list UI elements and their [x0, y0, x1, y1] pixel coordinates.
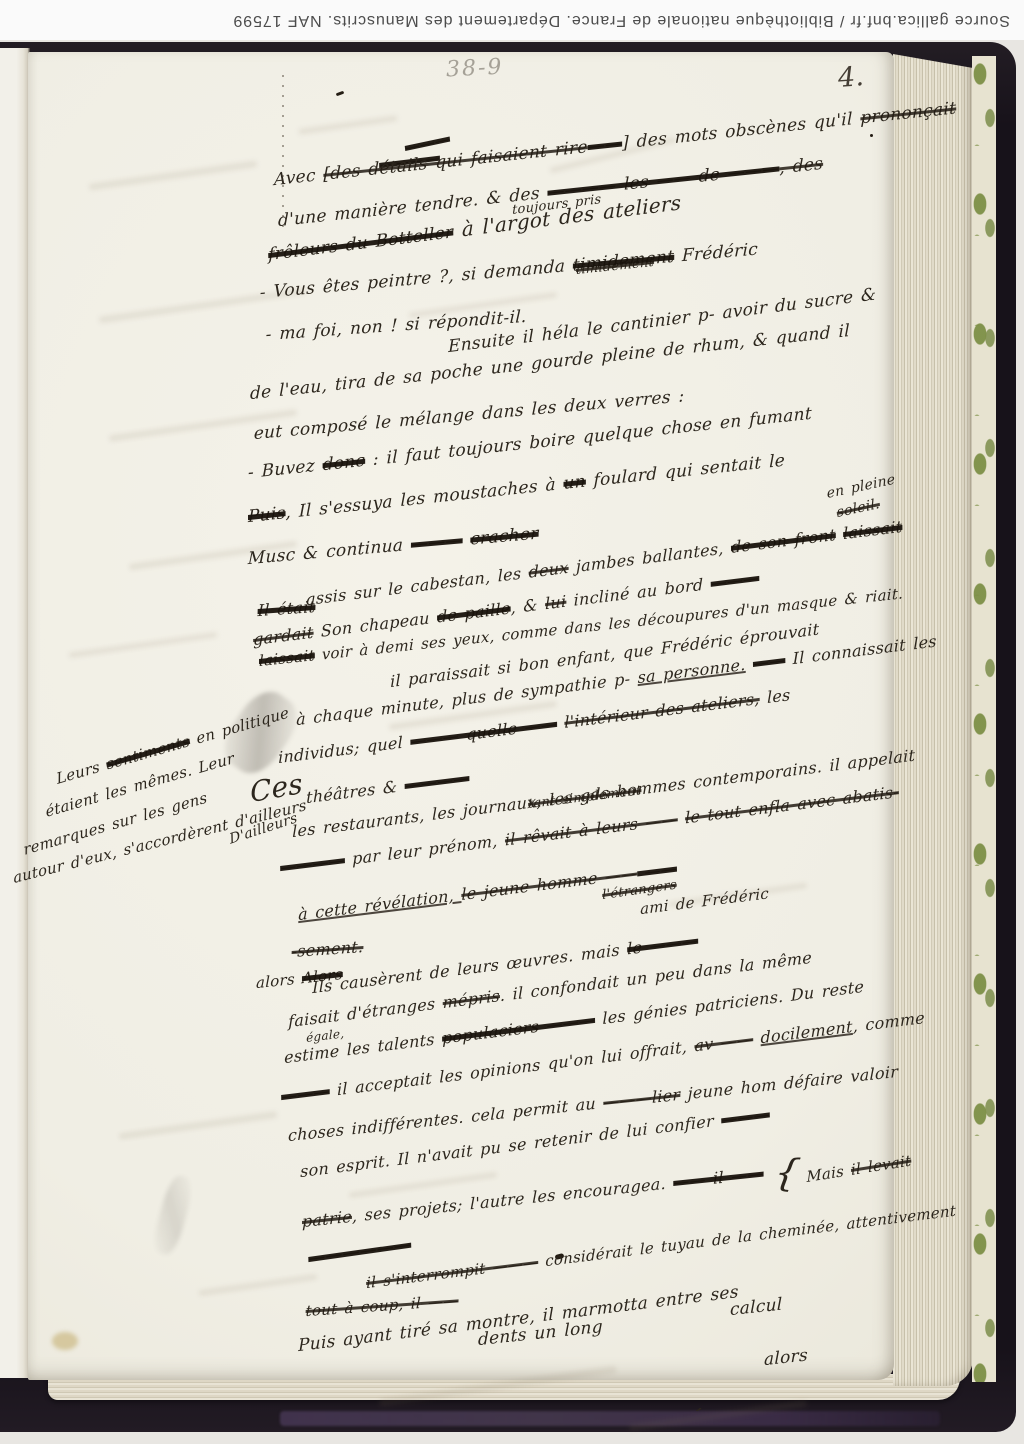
bleed-through-mark	[99, 287, 308, 323]
ink-smudge	[150, 1173, 196, 1257]
archival-number: 38-9	[445, 55, 504, 83]
ink-dot	[336, 91, 345, 97]
bleed-through-mark	[348, 1172, 497, 1199]
bleed-through-mark	[108, 409, 297, 442]
folio-number: 4.	[837, 61, 865, 94]
bleed-through-mark	[408, 292, 557, 319]
scanned-manuscript-photo: Source gallica.bnf.fr / Bibliothèque nat…	[0, 0, 1024, 1444]
bleed-through-mark	[298, 115, 398, 135]
bleed-through-mark	[198, 1274, 318, 1297]
manuscript-page: 4. 38-9	[28, 52, 894, 1380]
paper-stain	[52, 1332, 78, 1350]
bleed-through-mark	[128, 540, 297, 571]
bleed-through-mark	[549, 136, 677, 173]
marbled-endpaper	[972, 56, 996, 1382]
ink-dot	[870, 134, 873, 137]
bleed-through-mark	[68, 632, 217, 659]
ink-smudge	[214, 682, 308, 783]
attribution-text: Source gallica.bnf.fr / Bibliothèque nat…	[233, 11, 1010, 29]
bleed-through-mark	[668, 882, 807, 907]
fore-edge-page-stack	[893, 50, 973, 1386]
ink-spatter-column	[282, 75, 284, 235]
bleed-through-mark	[388, 700, 557, 731]
gallica-attribution-bar: Source gallica.bnf.fr / Bibliothèque nat…	[0, 0, 1024, 40]
bleed-through-mark	[118, 1111, 277, 1140]
ink-dot	[555, 1253, 565, 1260]
bleed-through-mark	[88, 160, 257, 191]
left-page-edge	[0, 48, 30, 1378]
